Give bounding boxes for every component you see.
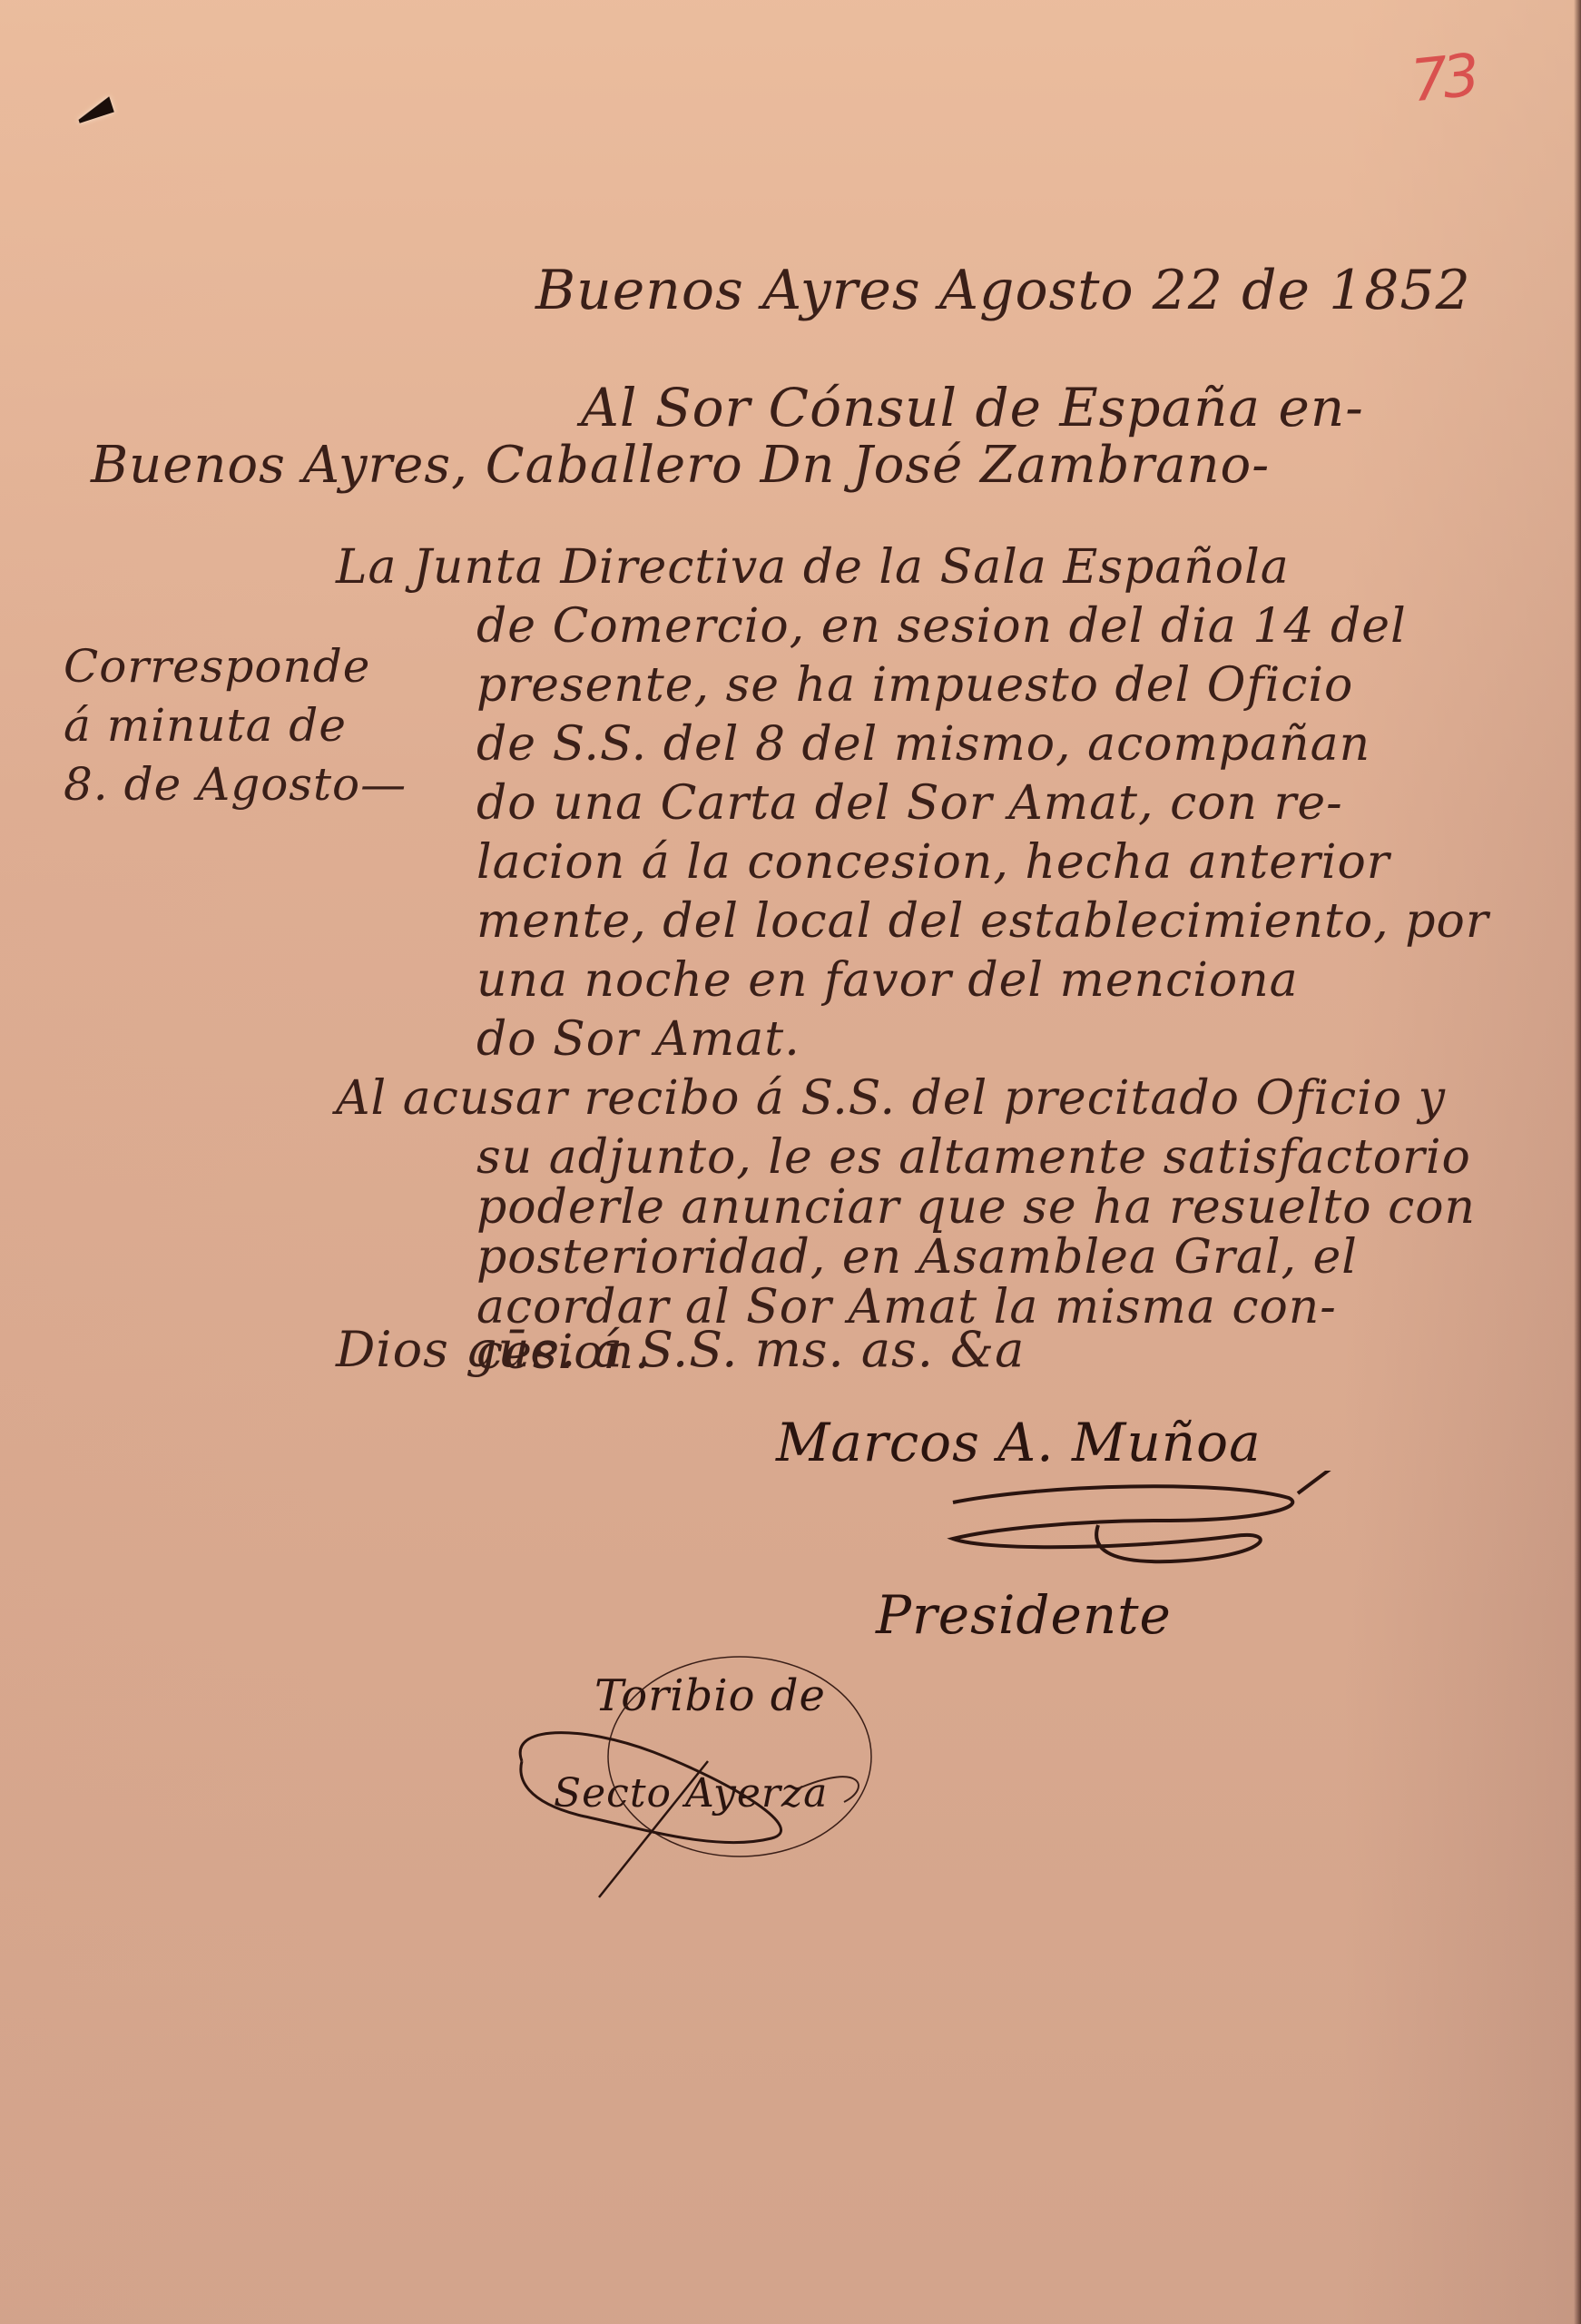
- paper-hole-mark: [74, 96, 114, 123]
- body-line: Al acusar recibo á S.S. del precitado Of…: [336, 1071, 1446, 1126]
- signature-rubric-icon: [935, 1471, 1361, 1580]
- body-line: cesion.: [476, 1325, 651, 1380]
- place-and-date: Buenos Ayres Agosto 22 de 1852: [535, 259, 1471, 322]
- body-line: presente, se ha impuesto del Oficio: [476, 658, 1353, 713]
- body-line: posterioridad, en Asamblea Gral, el: [476, 1230, 1358, 1285]
- folio-number: 73: [1408, 43, 1478, 116]
- body-line: mente, del local del establecimiento, po…: [476, 894, 1489, 949]
- second-signature-flourish-icon: [499, 1634, 917, 1906]
- signature-name: Marcos A. Muñoa: [776, 1412, 1262, 1473]
- letter-page: 73 Buenos Ayres Agosto 22 de 1852 Al Sor…: [0, 0, 1581, 2324]
- body-line: La Junta Directiva de la Sala Española: [336, 540, 1290, 595]
- body-line: de Comercio, en sesion del dia 14 del: [476, 599, 1407, 654]
- body-line: do Sor Amat.: [476, 1012, 800, 1067]
- address-line-1: Al Sor Cónsul de España en-: [581, 377, 1364, 438]
- body-line: lacion á la concesion, hecha anterior: [476, 835, 1390, 890]
- margin-note-line: á minuta de: [64, 699, 347, 752]
- body-line: su adjunto, le es altamente satisfactori…: [476, 1130, 1471, 1185]
- body-line: de S.S. del 8 del mismo, acompañan: [476, 717, 1370, 772]
- address-line-2: Buenos Ayres, Caballero Dn José Zambrano…: [91, 436, 1270, 495]
- margin-note-line: 8. de Agosto—: [64, 758, 407, 811]
- signature-title: Presidente: [876, 1584, 1172, 1646]
- margin-note-line: Corresponde: [64, 640, 370, 693]
- body-line: poderle anunciar que se ha resuelto con: [476, 1180, 1476, 1235]
- body-line: do una Carta del Sor Amat, con re-: [476, 776, 1343, 831]
- body-line: una noche en favor del menciona: [476, 953, 1299, 1008]
